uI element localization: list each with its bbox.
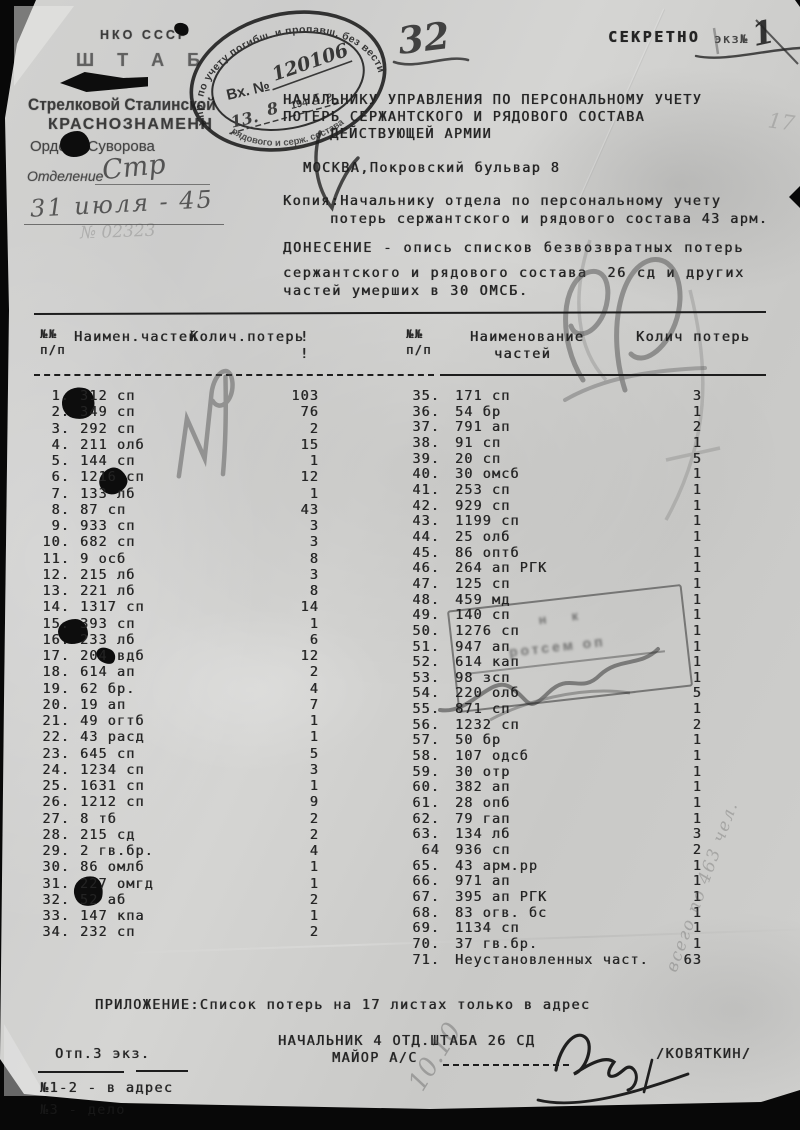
row-number: 42.	[398, 499, 440, 515]
col-num-left-b: п/п	[40, 343, 66, 357]
table-row: 45. 86 оптб 1	[398, 546, 702, 562]
unit-name: 933 сп	[80, 518, 135, 534]
ink-scribble-over-stamp	[430, 615, 670, 725]
row-number: 45.	[398, 546, 440, 562]
unit-name: 86 оптб	[455, 546, 520, 562]
loss-count: 8	[273, 551, 319, 567]
unit-name: 227 омгд	[80, 876, 154, 892]
loss-count: 1	[662, 467, 702, 483]
row-number: 36.	[398, 405, 440, 421]
table-row: 58. 107 одсб 1	[398, 749, 702, 765]
table-row: 68. 83 огв. бс 1	[398, 906, 702, 922]
row-number: 6.	[36, 469, 70, 485]
row-number: 13.	[36, 583, 70, 599]
unit-name: 133 лб	[80, 486, 135, 502]
copies-made: Отп.3 экз.	[55, 1046, 150, 1062]
table-row: 70. 37 гв.бр. 1	[398, 937, 702, 953]
unit-name: 971 ап	[455, 874, 510, 890]
row-number: 43.	[398, 514, 440, 530]
unit-name: 19 ап	[80, 697, 126, 713]
table-row: 13. 221 лб 8	[36, 583, 319, 599]
signature-ink	[548, 1018, 708, 1108]
footer-rule	[38, 1071, 124, 1073]
unit-name: 215 лб	[80, 567, 135, 583]
col-sep-2: !	[300, 346, 310, 362]
row-number: 27.	[36, 811, 70, 827]
table-row: 65. 43 арм.рр 1	[398, 859, 702, 875]
table-row: 21. 49 огтб 1	[36, 713, 319, 729]
table-row: 64 936 сп 2	[398, 843, 702, 859]
copy-to-line-2: потерь сержантского и рядового состава 4…	[330, 211, 768, 227]
loss-count: 2	[273, 924, 319, 940]
unit-name: 107 одсб	[455, 749, 529, 765]
unit-name: 1631 сп	[80, 778, 145, 794]
row-number: 1.	[36, 388, 70, 404]
table-row: 42. 929 сп 1	[398, 499, 702, 515]
row-number: 30.	[36, 859, 70, 875]
unit-name: 395 ап РГК	[455, 890, 547, 906]
row-number: 65.	[398, 859, 440, 875]
row-number: 15.	[36, 616, 70, 632]
copy-dest-1: №1-2 - в адрес	[40, 1080, 173, 1096]
table-row: 46. 264 ап РГК 1	[398, 561, 702, 577]
row-number: 35.	[398, 389, 440, 405]
loss-count: 15	[273, 437, 319, 453]
unit-name: 264 ап РГК	[455, 561, 547, 577]
footer-rule	[136, 1070, 188, 1072]
loss-count: 5	[662, 452, 702, 468]
row-number: 63.	[398, 827, 440, 843]
row-number: 28.	[36, 827, 70, 843]
loss-count: 1	[662, 483, 702, 499]
signature-title-2: МАЙОР А/С	[332, 1050, 418, 1066]
unit-name: 30 омсб	[455, 467, 520, 483]
unit-name: 349 сп	[80, 404, 135, 420]
row-number: 70.	[398, 937, 440, 953]
loss-count: 1	[273, 616, 319, 632]
recipient-line-1: НАЧАЛЬНИКУ УПРАВЛЕНИЯ ПО ПЕРСОНАЛЬНОМУ У…	[283, 92, 702, 108]
table-row: 44. 25 олб 1	[398, 530, 702, 546]
unit-name: 49 огтб	[80, 713, 145, 729]
loss-count: 1	[662, 514, 702, 530]
unit-name: 1317 сп	[80, 599, 145, 615]
row-number: 48.	[398, 593, 440, 609]
unit-name: 232 сп	[80, 924, 135, 940]
loss-count: 1	[662, 436, 702, 452]
loss-count: 2	[273, 827, 319, 843]
table-row: 4. 211 олб 15	[36, 437, 319, 453]
loss-count: 1	[662, 749, 702, 765]
ink-check-stroke	[306, 130, 366, 220]
row-number: 38.	[398, 436, 440, 452]
row-number: 41.	[398, 483, 440, 499]
loss-count: 1	[662, 765, 702, 781]
corner-pencil-mark: 17	[766, 108, 796, 135]
table-row: 22. 43 расд 1	[36, 729, 319, 745]
loss-count: 1	[273, 908, 319, 924]
table-row: 34. 232 сп 2	[36, 924, 319, 940]
loss-count: 6	[273, 632, 319, 648]
table-row: 62. 79 гап 1	[398, 812, 702, 828]
loss-count: 1	[662, 812, 702, 828]
unit-name: 1199 сп	[455, 514, 520, 530]
loss-count: 2	[273, 421, 319, 437]
table-row: 40. 30 омсб 1	[398, 467, 702, 483]
row-number: 4.	[36, 437, 70, 453]
table-row: 7. 133 лб 1	[36, 486, 319, 502]
unit-name: 215 сд	[80, 827, 135, 843]
unit-name: 171 сп	[455, 389, 510, 405]
table-row: 25. 1631 сп 1	[36, 778, 319, 794]
row-number: 22.	[36, 729, 70, 745]
loss-count: 1	[273, 453, 319, 469]
unit-name: 8 тб	[80, 811, 117, 827]
outgoing-number: № 02323	[80, 221, 156, 244]
table-row: 30. 86 омлб 1	[36, 859, 319, 875]
row-number: 69.	[398, 921, 440, 937]
loss-count: 9	[273, 794, 319, 810]
row-number: 60.	[398, 780, 440, 796]
loss-count: 1	[273, 713, 319, 729]
unit-name: 2 гв.бр.	[80, 843, 154, 859]
row-number: 26.	[36, 794, 70, 810]
table-row: 31. 227 омгд 1	[36, 876, 319, 892]
loss-count: 1	[273, 859, 319, 875]
unit-name: 91 сп	[455, 436, 501, 452]
loss-count: 12	[273, 648, 319, 664]
row-number: 39.	[398, 452, 440, 468]
table-row: 43. 1199 сп 1	[398, 514, 702, 530]
loss-count: 1	[662, 796, 702, 812]
table-row: 24. 1234 сп 3	[36, 762, 319, 778]
unit-name: 221 лб	[80, 583, 135, 599]
department-handwritten: Стр	[101, 149, 167, 186]
row-number: 29.	[36, 843, 70, 859]
unit-name: 62 бр.	[80, 681, 135, 697]
letterhead-department-label: Отделение	[27, 168, 103, 184]
row-number: 18.	[36, 664, 70, 680]
scanned-document: НКО СССР Ш Т А Б Стрелковой Сталинской К…	[0, 0, 800, 1130]
signature-name: /КОВЯТКИН/	[656, 1046, 751, 1062]
page-number-flourish	[392, 48, 472, 78]
row-number: 23.	[36, 746, 70, 762]
row-number: 17.	[36, 648, 70, 664]
loss-count: 3	[273, 534, 319, 550]
row-number: 14.	[36, 599, 70, 615]
unit-name: 393 сп	[80, 616, 135, 632]
unit-name: 134 лб	[455, 827, 510, 843]
col-name-right-b: частей	[494, 346, 551, 362]
table-row: 19. 62 бр. 4	[36, 681, 319, 697]
table-row: 71. Неустановленных част. 63	[398, 953, 702, 969]
col-sep-1: !	[300, 329, 310, 345]
unit-name: 211 олб	[80, 437, 145, 453]
loss-count: 1	[662, 530, 702, 546]
loss-count: 1	[273, 486, 319, 502]
col-name-left: Наимен.частей	[74, 329, 198, 345]
unit-name: 292 сп	[80, 421, 135, 437]
loss-count: 1	[662, 780, 702, 796]
loss-count: 76	[273, 404, 319, 420]
table-row: 26. 1212 сп 9	[36, 794, 319, 810]
unit-name: 87 сп	[80, 502, 126, 518]
row-number: 5.	[36, 453, 70, 469]
row-number: 40.	[398, 467, 440, 483]
unit-name: 791 ап	[455, 420, 510, 436]
table-row: 66. 971 ап 1	[398, 874, 702, 890]
loss-count: 3	[273, 762, 319, 778]
table-row: 32. 52 аб 2	[36, 892, 319, 908]
unit-name: 50 бр	[455, 733, 501, 749]
unit-name: 682 сп	[80, 534, 135, 550]
table-row: 12. 215 лб 3	[36, 567, 319, 583]
loss-count: 1	[273, 778, 319, 794]
unit-name: 204 вдб	[80, 648, 145, 664]
row-number: 59.	[398, 765, 440, 781]
row-number: 21.	[36, 713, 70, 729]
loss-count: 8	[273, 583, 319, 599]
table-row: 59. 30 отр 1	[398, 765, 702, 781]
table-row: 17. 204 вдб 12	[36, 648, 319, 664]
unit-name: 125 сп	[455, 577, 510, 593]
col-count-right: Колич потерь	[636, 329, 750, 345]
row-number: 37.	[398, 420, 440, 436]
table-row: 18. 614 ап 2	[36, 664, 319, 680]
report-line-3: частей умерших в 30 ОМСБ.	[283, 283, 529, 299]
table-left-column: 1. 312 сп 103 2. 349 сп 76 3. 292 сп 2 4…	[36, 388, 319, 941]
row-number: 62.	[398, 812, 440, 828]
row-number: 31.	[36, 876, 70, 892]
row-number: 33.	[36, 908, 70, 924]
table-row: 11. 9 осб 8	[36, 551, 319, 567]
loss-count: 12	[273, 469, 319, 485]
loss-count: 2	[662, 843, 702, 859]
table-row: 35. 171 сп 3	[398, 389, 702, 405]
unit-name: Неустановленных част.	[455, 953, 649, 969]
loss-count: 2	[273, 811, 319, 827]
table-row: 9. 933 сп 3	[36, 518, 319, 534]
unit-name: 37 гв.бр.	[455, 937, 538, 953]
loss-count: 3	[662, 389, 702, 405]
table-row: 27. 8 тб 2	[36, 811, 319, 827]
copy-dest-2: №3 - дело	[40, 1102, 126, 1118]
col-num-right-b: п/п	[406, 343, 432, 357]
row-number: 47.	[398, 577, 440, 593]
row-number: 68.	[398, 906, 440, 922]
table-row: 2. 349 сп 76	[36, 404, 319, 420]
table-row: 37. 791 ап 2	[398, 420, 702, 436]
loss-count: 14	[273, 599, 319, 615]
row-number: 19.	[36, 681, 70, 697]
unit-name: 20 сп	[455, 452, 501, 468]
secret-label: СЕКРЕТНО	[608, 28, 700, 46]
col-num-left-a: №№	[40, 327, 57, 341]
table-row: 29. 2 гв.бр. 4	[36, 843, 319, 859]
row-number: 20.	[36, 697, 70, 713]
loss-count: 1	[273, 876, 319, 892]
table-row: 67. 395 ап РГК 1	[398, 890, 702, 906]
table-row: 28. 215 сд 2	[36, 827, 319, 843]
table-row: 14. 1317 сп 14	[36, 599, 319, 615]
unit-name: 83 огв. бс	[455, 906, 547, 922]
unit-name: 54 бр	[455, 405, 501, 421]
table-row: 61. 28 опб 1	[398, 796, 702, 812]
loss-count: 3	[662, 827, 702, 843]
loss-count: 2	[273, 664, 319, 680]
table-row: 33. 147 кпа 1	[36, 908, 319, 924]
row-number: 46.	[398, 561, 440, 577]
loss-count: 7	[273, 697, 319, 713]
row-number: 57.	[398, 733, 440, 749]
table-row: 3. 292 сп 2	[36, 421, 319, 437]
loss-count: 4	[273, 681, 319, 697]
col-name-right-a: Наименование	[470, 329, 584, 345]
table-row: 23. 645 сп 5	[36, 746, 319, 762]
table-row: 10. 682 сп 3	[36, 534, 319, 550]
row-number: 7.	[36, 486, 70, 502]
table-row: 36. 54 бр 1	[398, 405, 702, 421]
row-number: 44.	[398, 530, 440, 546]
row-number: 12.	[36, 567, 70, 583]
row-number: 67.	[398, 890, 440, 906]
loss-count: 2	[273, 892, 319, 908]
table-row: 39. 20 сп 5	[398, 452, 702, 468]
loss-count: 43	[273, 502, 319, 518]
attachment-line: ПРИЛОЖЕНИЕ:Список потерь на 17 листах то…	[95, 997, 590, 1013]
unit-name: 312 сп	[80, 388, 135, 404]
signature-title-1: НАЧАЛЬНИК 4 ОТД.ШТАБА 26 СД	[278, 1033, 535, 1049]
loss-count: 5	[273, 746, 319, 762]
table-row: 63. 134 лб 3	[398, 827, 702, 843]
row-number: 58.	[398, 749, 440, 765]
table-row: 60. 382 ап 1	[398, 780, 702, 796]
unit-name: 382 ап	[455, 780, 510, 796]
unit-name: 86 омлб	[80, 859, 145, 875]
row-number: 11.	[36, 551, 70, 567]
unit-name: 936 сп	[455, 843, 510, 859]
unit-name: 79 гап	[455, 812, 510, 828]
table-row: 16. 233 лб 6	[36, 632, 319, 648]
unit-name: 43 расд	[80, 729, 145, 745]
unit-name: 43 арм.рр	[455, 859, 538, 875]
unit-name: 233 лб	[80, 632, 135, 648]
col-count-left: Колич.потерь	[190, 329, 304, 345]
stamp-in-number: 120106	[269, 39, 351, 86]
row-number: 24.	[36, 762, 70, 778]
unit-name: 144 сп	[80, 453, 135, 469]
table-row: 5. 144 сп 1	[36, 453, 319, 469]
table-header-rule-solid	[440, 374, 766, 376]
paper-hole	[60, 131, 90, 157]
table-row: 69. 1134 сп 1	[398, 921, 702, 937]
unit-name: 645 сп	[80, 746, 135, 762]
unit-name: 9 осб	[80, 551, 126, 567]
row-number: 8.	[36, 502, 70, 518]
col-num-right-a: №№	[406, 327, 423, 341]
loss-count: 3	[273, 567, 319, 583]
stamp-date-month: 8	[264, 98, 280, 119]
unit-name: 1234 сп	[80, 762, 145, 778]
table-row: 15. 393 сп 1	[36, 616, 319, 632]
table-row: 20. 19 ап 7	[36, 697, 319, 713]
unit-name: 1216 сп	[80, 469, 145, 485]
row-number: 25.	[36, 778, 70, 794]
unit-name: 25 олб	[455, 530, 510, 546]
row-number: 61.	[398, 796, 440, 812]
loss-count: 2	[662, 420, 702, 436]
row-number: 16.	[36, 632, 70, 648]
unit-name: 614 ап	[80, 664, 135, 680]
unit-name: 1212 сп	[80, 794, 145, 810]
loss-count: 1	[662, 546, 702, 562]
row-number: 2.	[36, 404, 70, 420]
loss-count: 3	[273, 518, 319, 534]
unit-name: 929 сп	[455, 499, 510, 515]
row-number: 64	[398, 843, 440, 859]
row-number: 66.	[398, 874, 440, 890]
table-row: 1. 312 сп 103	[36, 388, 319, 404]
row-number: 32.	[36, 892, 70, 908]
unit-name: 253 сп	[455, 483, 510, 499]
loss-count: 103	[273, 388, 319, 404]
unit-name: 1134 сп	[455, 921, 520, 937]
table-row: 41. 253 сп 1	[398, 483, 702, 499]
unit-name: 52 аб	[80, 892, 126, 908]
loss-count: 1	[662, 499, 702, 515]
unit-name: 147 кпа	[80, 908, 145, 924]
loss-count: 1	[662, 561, 702, 577]
loss-count: 4	[273, 843, 319, 859]
recipient-line-2: ПОТЕРЬ СЕРЖАНТСКОГО И РЯДОВОГО СОСТАВА	[283, 109, 645, 125]
loss-count: 1	[662, 733, 702, 749]
row-number: 3.	[36, 421, 70, 437]
loss-count: 1	[662, 405, 702, 421]
row-number: 34.	[36, 924, 70, 940]
row-number: 10.	[36, 534, 70, 550]
loss-count: 1	[273, 729, 319, 745]
table-row: 38. 91 сп 1	[398, 436, 702, 452]
table-row: 8. 87 сп 43	[36, 502, 319, 518]
unit-name: 30 отр	[455, 765, 510, 781]
unit-name: 28 опб	[455, 796, 510, 812]
row-number: 9.	[36, 518, 70, 534]
table-row: 57. 50 бр 1	[398, 733, 702, 749]
row-number: 71.	[398, 953, 440, 969]
copy-number-flourish	[694, 40, 800, 100]
table-row: 6. 1216 сп 12	[36, 469, 319, 485]
